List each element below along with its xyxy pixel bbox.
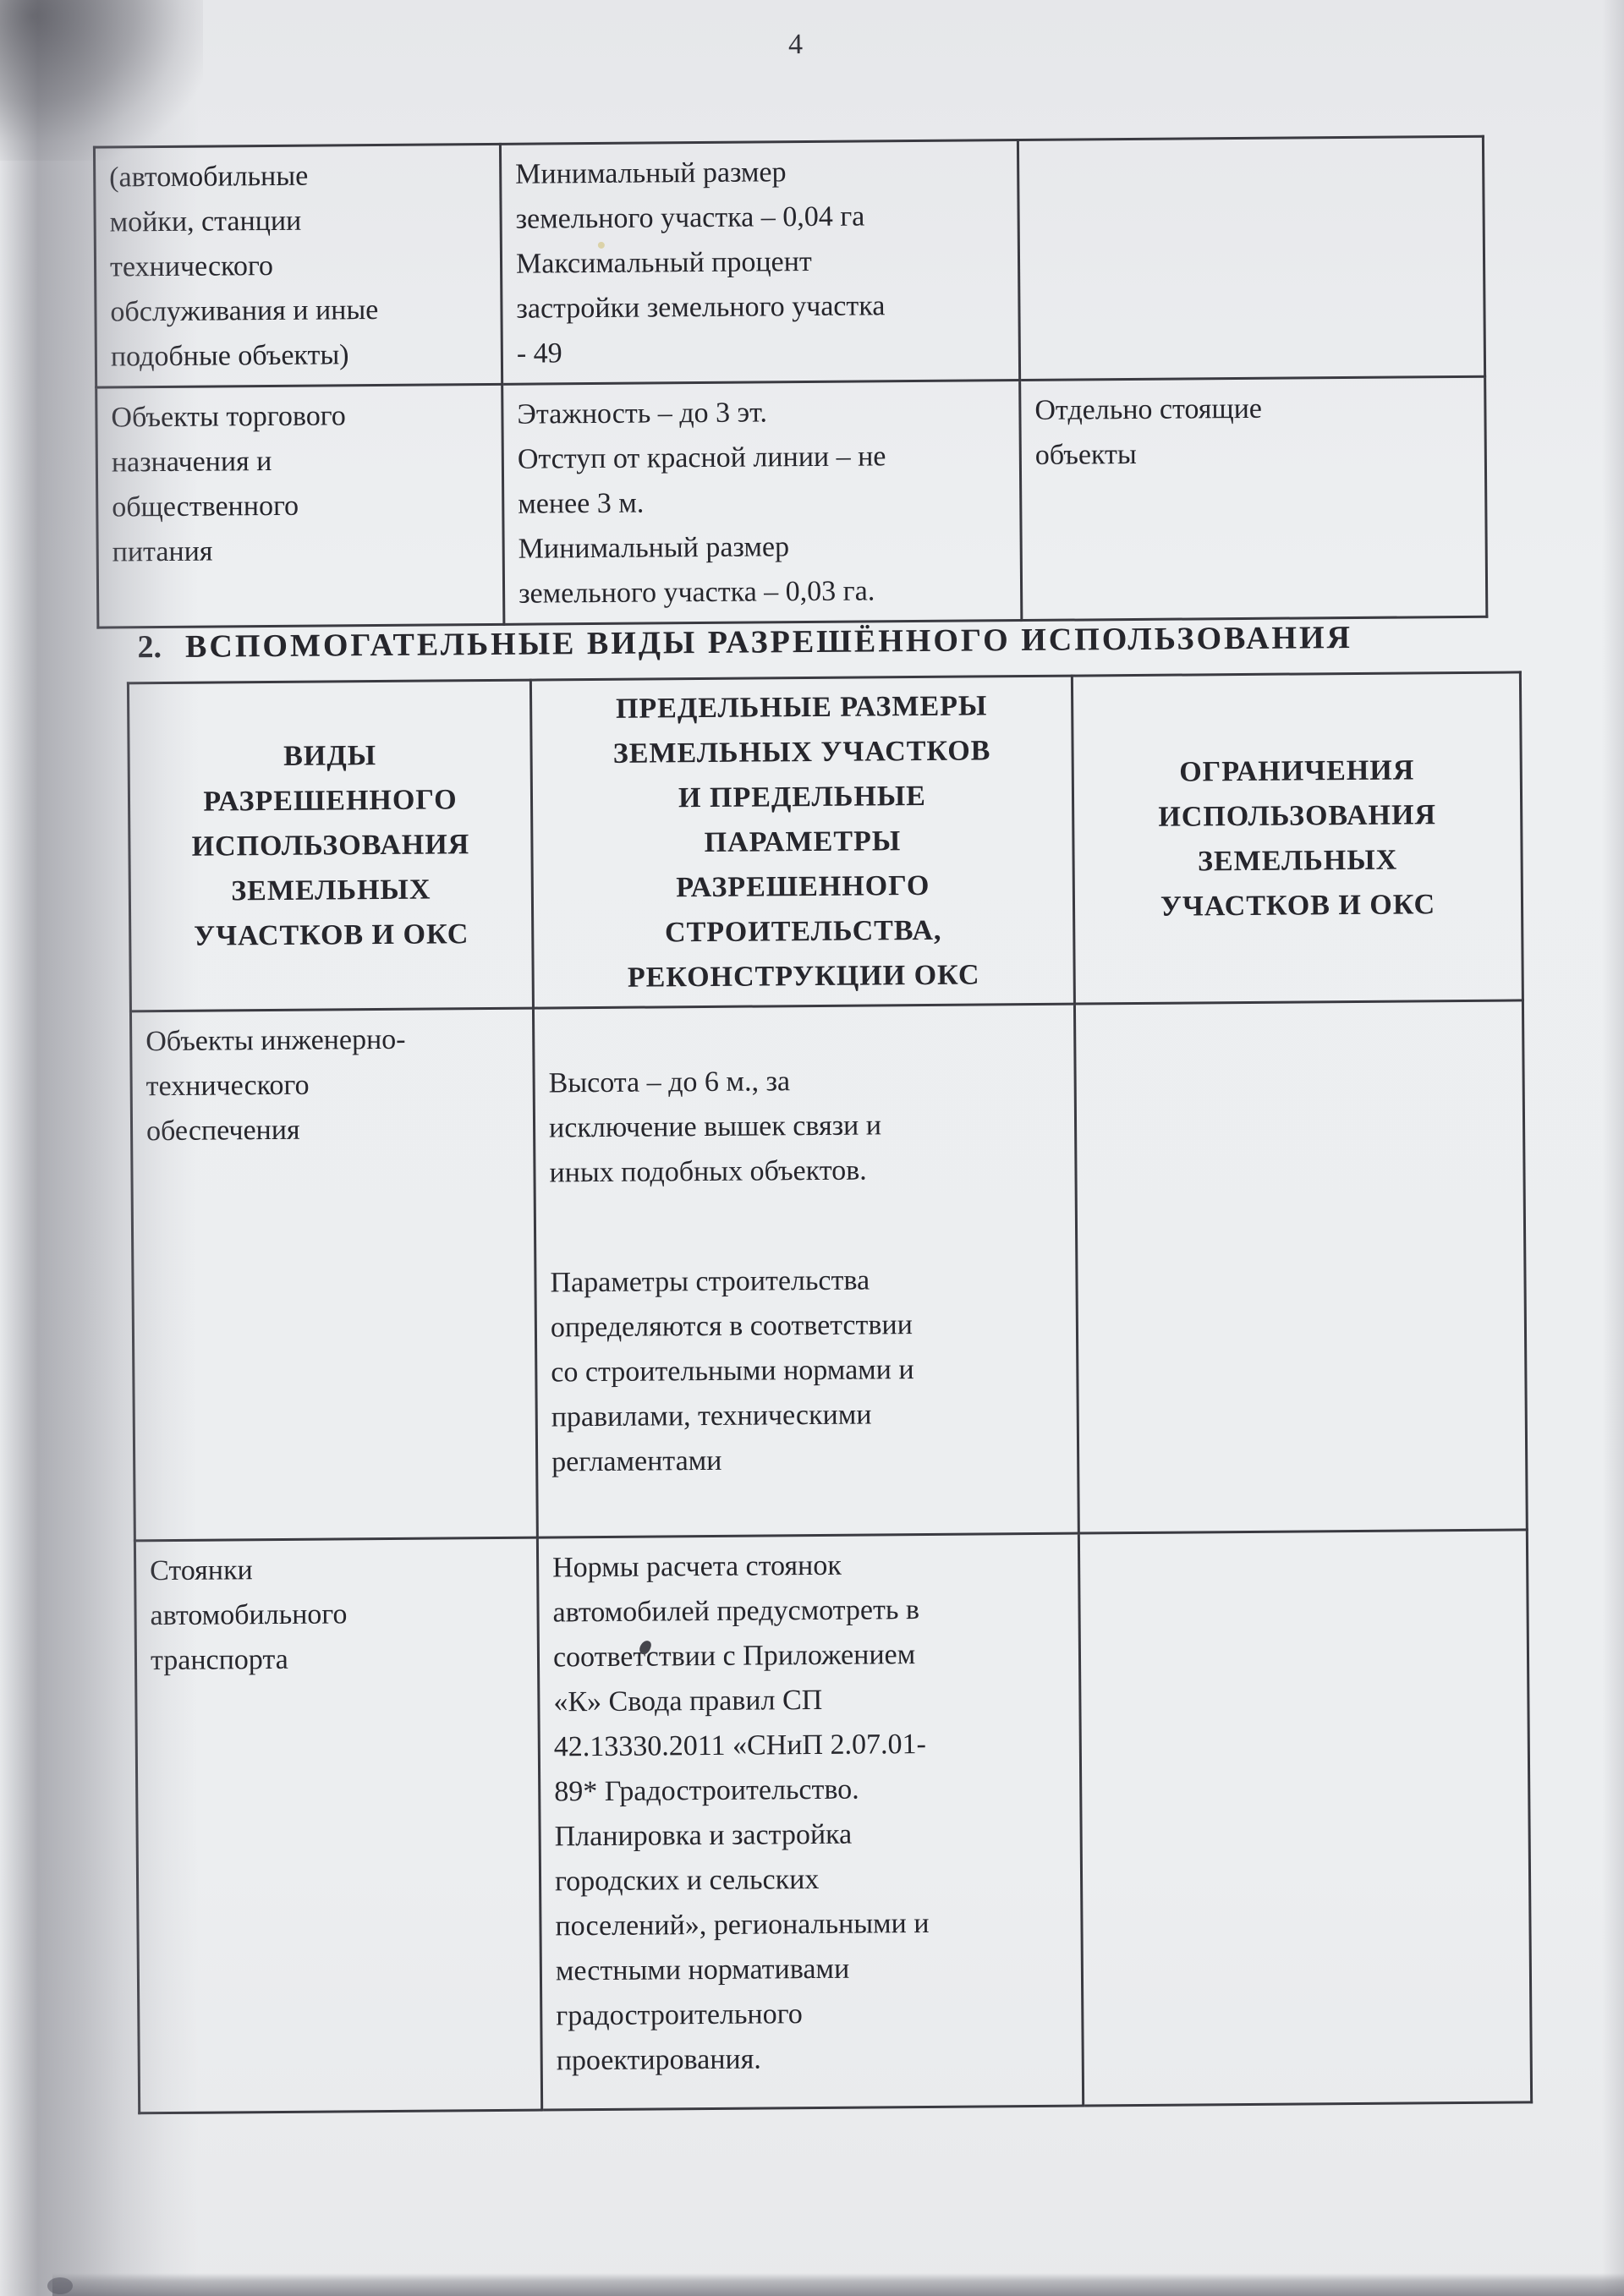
section-title: ВСПОМОГАТЕЛЬНЫЕ ВИДЫ РАЗРЕШЁННОГО ИСПОЛЬ… <box>185 620 1352 665</box>
page-number: 4 <box>788 29 803 61</box>
restrictions-cell: Отдельно стоящие объекты <box>1020 376 1487 620</box>
parameters-cell: Минимальный размер земельного участка – … <box>500 140 1019 385</box>
page-content: 4 (автомобильные мойки, станции техничес… <box>0 0 1624 2296</box>
section-number: 2. <box>137 629 162 665</box>
use-type-cell: Объекты торгового назначения и обществен… <box>96 384 504 627</box>
parameters-cell: Нормы расчета стоянок автомобилей предус… <box>537 1533 1083 2110</box>
table-row: Стоянки автомобильного транспорта Нормы … <box>134 1530 1531 2113</box>
permitted-use-continuation-table: (автомобильные мойки, станции техническо… <box>93 135 1488 629</box>
scanned-document-page: { "page": { "number": "4" }, "section": … <box>0 0 1624 2296</box>
table-row: Объекты торгового назначения и обществен… <box>96 376 1487 627</box>
header-limit-parameters: ПРЕДЕЛЬНЫЕ РАЗМЕРЫ ЗЕМЕЛЬНЫХ УЧАСТКОВ И … <box>530 676 1074 1008</box>
table-row: (автомобильные мойки, станции техническо… <box>94 136 1484 387</box>
table-header-row: ВИДЫ РАЗРЕШЕННОГО ИСПОЛЬЗОВАНИЯ ЗЕМЕЛЬНЫ… <box>128 672 1522 1011</box>
restrictions-cell-empty <box>1074 1000 1527 1533</box>
restrictions-cell-empty <box>1078 1530 1531 2106</box>
restrictions-cell-empty <box>1018 136 1484 380</box>
header-restrictions: ОГРАНИЧЕНИЯ ИСПОЛЬЗОВАНИЯ ЗЕМЕЛЬНЫХ УЧАС… <box>1072 672 1522 1004</box>
table-row: Объекты инженерно- технического обеспече… <box>130 1000 1527 1541</box>
header-use-types: ВИДЫ РАЗРЕШЕННОГО ИСПОЛЬЗОВАНИЯ ЗЕМЕЛЬНЫ… <box>128 680 533 1011</box>
auxiliary-use-table: ВИДЫ РАЗРЕШЕННОГО ИСПОЛЬЗОВАНИЯ ЗЕМЕЛЬНЫ… <box>127 671 1533 2114</box>
parameters-paragraph: Высота – до 6 м., за исключение вышек св… <box>548 1057 1059 1196</box>
paper-speck <box>598 242 605 249</box>
parameters-cell: Высота – до 6 м., за исключение вышек св… <box>533 1004 1078 1537</box>
use-type-cell: (автомобильные мойки, станции техническо… <box>94 144 502 387</box>
use-type-cell: Объекты инженерно- технического обеспече… <box>130 1008 537 1541</box>
parameters-cell: Этажность – до 3 эт. Отступ от красной л… <box>502 381 1022 625</box>
use-type-cell: Стоянки автомобильного транспорта <box>134 1537 541 2113</box>
parameters-paragraph: Параметры строительства определяются в с… <box>550 1257 1062 1485</box>
